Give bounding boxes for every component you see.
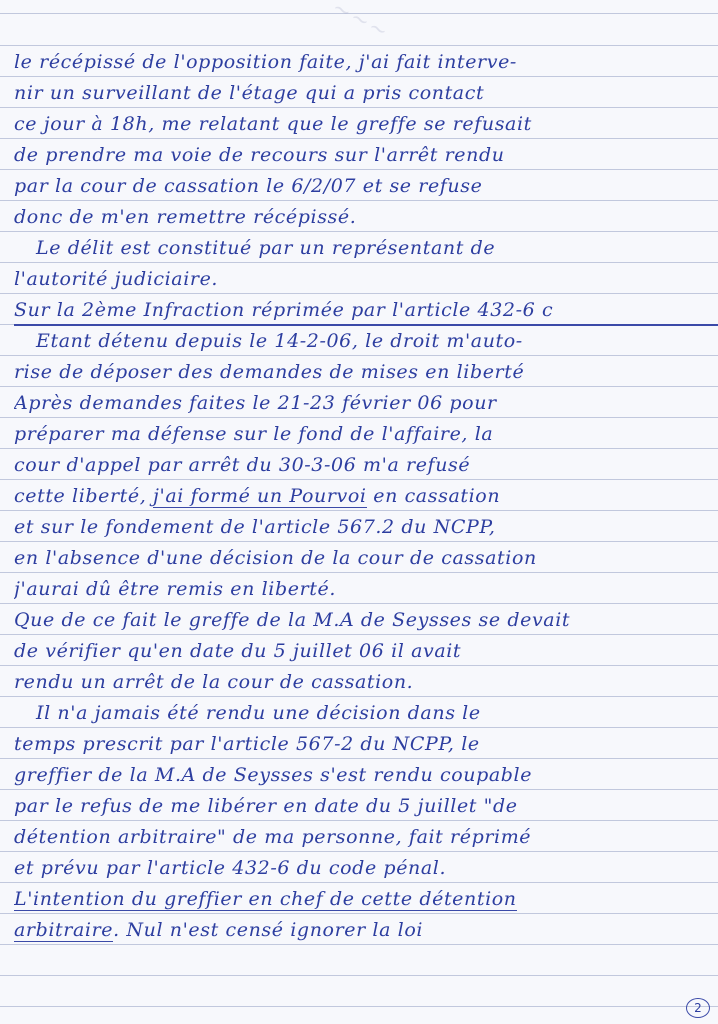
text-line: rise de déposer des demandes de mises en… — [14, 357, 718, 388]
text-line: et prévu par l'article 432-6 du code pén… — [14, 853, 718, 884]
text-line: Que de ce fait le greffe de la M.A de Se… — [14, 605, 718, 636]
text-line: j'aurai dû être remis en liberté. — [14, 574, 718, 605]
text-line: cette liberté, j'ai formé un Pourvoi en … — [14, 481, 718, 512]
text-line: temps prescrit par l'article 567-2 du NC… — [14, 729, 718, 760]
text-line: par le refus de me libérer en date du 5 … — [14, 791, 718, 822]
text-line: nir un surveillant de l'étage qui a pris… — [14, 78, 718, 109]
text-line: en l'absence d'une décision de la cour d… — [14, 543, 718, 574]
ruled-paper: ~~~ le récépissé de l'opposition faite, … — [0, 0, 718, 1024]
text-line: Le délit est constitué par un représenta… — [14, 233, 718, 264]
text-line: par la cour de cassation le 6/2/07 et se… — [14, 171, 718, 202]
text-line: Après demandes faites le 21-23 février 0… — [14, 388, 718, 419]
text-line: L'intention du greffier en chef de cette… — [14, 884, 718, 915]
text-line: donc de m'en remettre récépissé. — [14, 202, 718, 233]
text-line: préparer ma défense sur le fond de l'aff… — [14, 419, 718, 450]
page-number: 2 — [686, 998, 710, 1018]
text-line: Etant détenu depuis le 14-2-06, le droit… — [14, 326, 718, 357]
bleed-through-marks: ~~~ — [328, 0, 394, 46]
text-line: rendu un arrêt de la cour de cassation. — [14, 667, 718, 698]
text-line: de prendre ma voie de recours sur l'arrê… — [14, 140, 718, 171]
underlined-phrase: L'intention du greffier en chef de cette… — [14, 888, 517, 911]
text-line: et sur le fondement de l'article 567.2 d… — [14, 512, 718, 543]
text-line: Il n'a jamais été rendu une décision dan… — [14, 698, 718, 729]
underlined-phrase: arbitraire — [14, 919, 113, 942]
underlined-phrase: j'ai formé un Pourvoi — [153, 485, 367, 508]
handwritten-text-block: le récépissé de l'opposition faite, j'ai… — [14, 47, 718, 946]
text-line: ce jour à 18h, me relatant que le greffe… — [14, 109, 718, 140]
text-line: le récépissé de l'opposition faite, j'ai… — [14, 47, 718, 78]
text-line: l'autorité judiciaire. — [14, 264, 718, 295]
text-line: cour d'appel par arrêt du 30-3-06 m'a re… — [14, 450, 718, 481]
text-line: greffier de la M.A de Seysses s'est rend… — [14, 760, 718, 791]
text-line: détention arbitraire" de ma personne, fa… — [14, 822, 718, 853]
text-line: arbitraire. Nul n'est censé ignorer la l… — [14, 915, 718, 946]
text-line: Sur la 2ème Infraction réprimée par l'ar… — [14, 295, 718, 326]
text-line: de vérifier qu'en date du 5 juillet 06 i… — [14, 636, 718, 667]
